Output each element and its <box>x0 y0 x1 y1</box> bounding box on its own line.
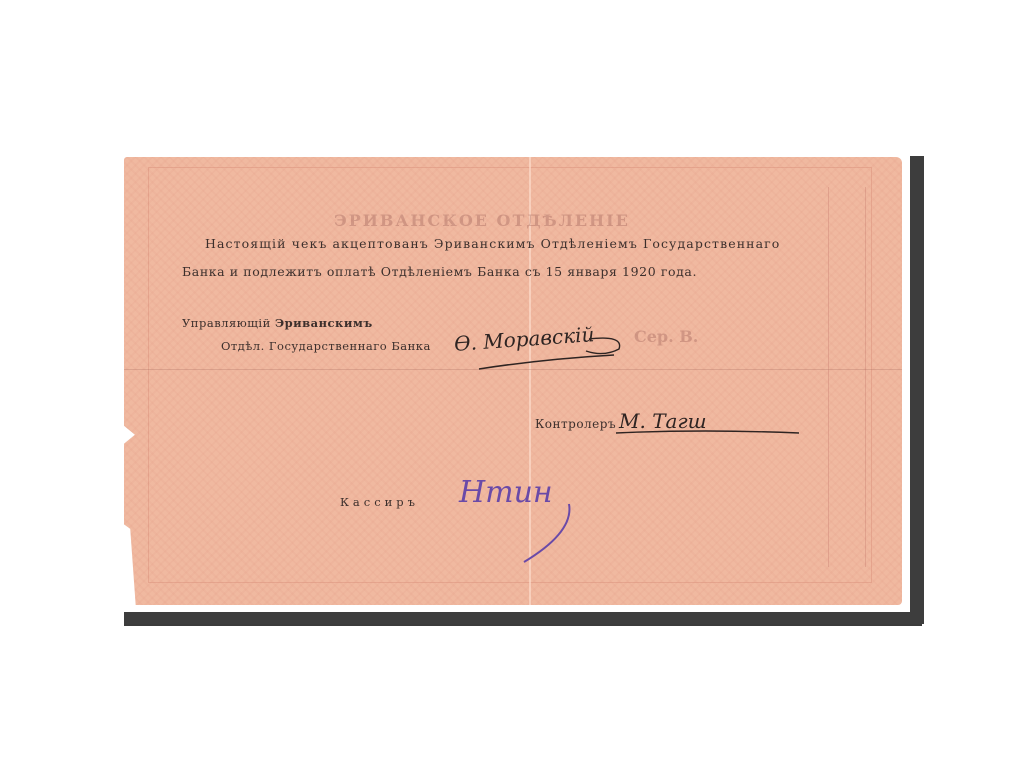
manager-title-prefix: Управляющій <box>182 316 275 330</box>
manager-signature-flourish <box>474 337 624 377</box>
side-ornament-band <box>828 187 866 567</box>
manager-title-line-1: Управляющій Эриванскимъ <box>182 316 373 330</box>
faint-underprint-title: ЭРИВАНСКОЕ ОТДѢЛЕНІЕ <box>334 211 630 230</box>
manager-title-line-2: Отдѣл. Государственнаго Банка <box>221 339 431 353</box>
manager-title-bold: Эриванскимъ <box>275 316 373 330</box>
banknote: ЭРИВАНСКОЕ ОТДѢЛЕНІЕ Сер. В. Настоящій ч… <box>124 157 902 605</box>
paragraph-line-2: Банка и подлежитъ оплатѣ Отдѣленіемъ Бан… <box>182 264 697 279</box>
controller-signature-underline <box>614 427 804 439</box>
paragraph-line-1: Настоящій чекъ акцептованъ Эриванскимъ О… <box>205 236 780 251</box>
faint-series: Сер. В. <box>634 327 698 346</box>
cashier-signature-tail <box>519 502 579 572</box>
frame-shadow-bottom <box>124 612 924 624</box>
frame-shadow-right <box>910 156 924 622</box>
cashier-label: Кассиръ <box>340 495 419 509</box>
controller-label: Контролеръ <box>535 417 616 431</box>
